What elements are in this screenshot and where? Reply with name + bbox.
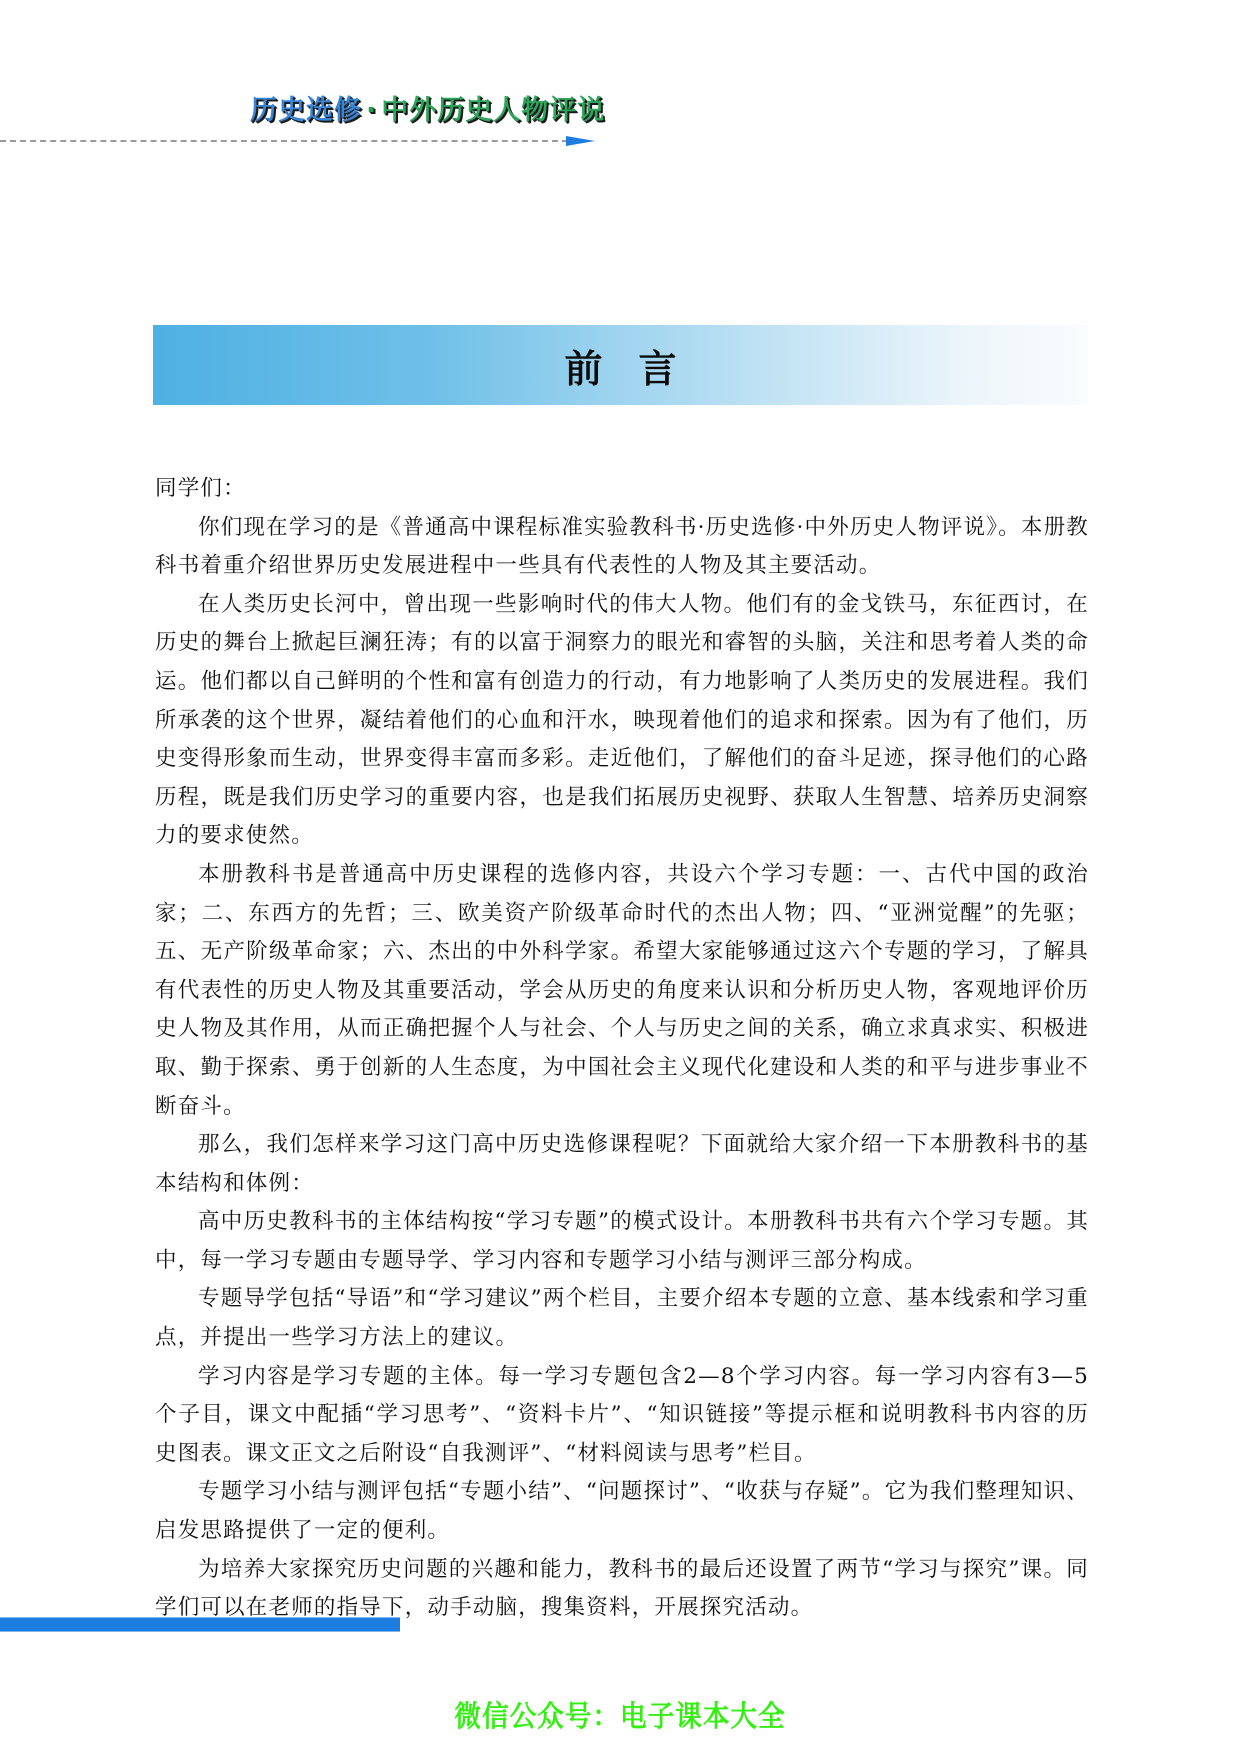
header-separator: ·	[362, 95, 381, 126]
paragraph: 专题学习小结与测评包括“专题小结”、“问题探讨”、“收获与存疑”。它为我们整理知…	[155, 1473, 1089, 1550]
right-arrow-icon	[566, 136, 595, 146]
paragraph: 高中历史教科书的主体结构按“学习专题”的模式设计。本册教科书共有六个学习专题。其…	[155, 1203, 1089, 1280]
running-header: 历史选修·中外历史人物评说	[250, 88, 605, 127]
paragraph: 你们现在学习的是《普通高中课程标准实验教科书·历史选修·中外历史人物评说》。本册…	[155, 509, 1089, 586]
paragraph: 专题导学包括“导语”和“学习建议”两个栏目，主要介绍本专题的立意、基本线索和学习…	[155, 1280, 1089, 1357]
preface-body: 同学们： 你们现在学习的是《普通高中课程标准实验教科书·历史选修·中外历史人物评…	[155, 470, 1089, 1628]
series-label: 历史选修	[250, 95, 362, 126]
footer-bar	[0, 1617, 400, 1632]
paragraph: 本册教科书是普通高中历史课程的选修内容，共设六个学习专题：一、古代中国的政治家；…	[155, 856, 1089, 1126]
paragraph: 在人类历史长河中，曾出现一些影响时代的伟大人物。他们有的金戈铁马，东征西讨，在历…	[155, 586, 1089, 856]
page-title: 前言	[564, 338, 712, 393]
watermark: 微信公众号：电子课本大全	[50, 1694, 1191, 1735]
title-banner: 前言	[153, 325, 1088, 405]
paragraph: 那么，我们怎样来学习这门高中历史选修课程呢？下面就给大家介绍一下本册教科书的基本…	[155, 1126, 1089, 1203]
book-title: 中外历史人物评说	[381, 95, 605, 126]
paragraph: 学习内容是学习专题的主体。每一学习专题包含2—8个学习内容。每一学习内容有3—5…	[155, 1358, 1089, 1474]
salutation: 同学们：	[155, 470, 1089, 509]
dashed-rule	[0, 140, 568, 142]
